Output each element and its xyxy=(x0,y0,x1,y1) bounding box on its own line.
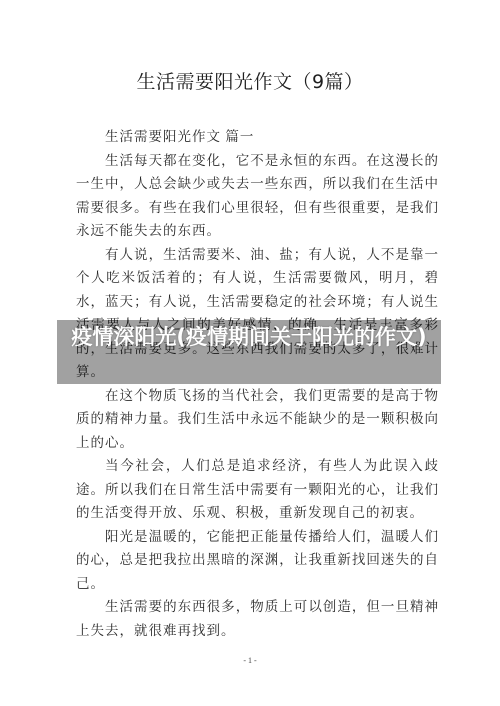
banner-title[interactable]: 疫情深阳光(疫情期间关于阳光的作文) xyxy=(57,320,441,351)
text-line: 一生中，人总会缺少或失去一些东西，所以我们在生活中 xyxy=(76,172,439,196)
text-line: 己。 xyxy=(76,572,439,596)
paragraph-1: 生活每天都在变化，它不是永恒的东西。在这漫长的 一生中，人总会缺少或失去一些东西… xyxy=(76,149,439,243)
text-line: 永远不能失去的东西。 xyxy=(76,219,439,243)
text-line: 上失去，就很难再找到。 xyxy=(76,619,439,643)
text-line: 需要很多。有些在我们心里很轻，但有些很重要，是我们 xyxy=(76,196,439,220)
text-line: 质的精神力量。我们生活中永远不能缺少的是一颗积极向 xyxy=(76,407,439,431)
title-overlay-banner[interactable]: 疫情深阳光(疫情期间关于阳光的作文) xyxy=(57,320,441,384)
text-line: 的心，总是把我拉出黑暗的深渊，让我重新找回迷失的自 xyxy=(76,548,439,572)
text-line: 有人说，生活需要米、油、盐；有人说，人不是靠一 xyxy=(76,243,439,267)
document-page: 生活需要阳光作文（9篇） 生活需要阳光作文 篇一 生活每天都在变化，它不是永恒的… xyxy=(0,0,500,706)
page-number: - 1 - xyxy=(0,655,500,667)
text-line: 个人吃米饭活着的；有人说，生活需要微风，明月，碧 xyxy=(76,266,439,290)
text-line: 阳光是温暖的，它能把正能量传播给人们，温暖人们 xyxy=(76,525,439,549)
text-line: 生活需要的东西很多，物质上可以创造，但一旦精神 xyxy=(76,595,439,619)
text-line: 当今社会，人们总是追求经济，有些人为此误入歧 xyxy=(76,454,439,478)
section-heading: 生活需要阳光作文 篇一 xyxy=(76,125,439,149)
document-title: 生活需要阳光作文（9篇） xyxy=(0,71,500,93)
paragraph-4: 当今社会，人们总是追求经济，有些人为此误入歧 途。所以我们在日常生活中需要有一颗… xyxy=(76,454,439,525)
paragraph-6: 生活需要的东西很多，物质上可以创造，但一旦精神 上失去，就很难再找到。 xyxy=(76,595,439,642)
text-line: 途。所以我们在日常生活中需要有一颗阳光的心，让我们 xyxy=(76,478,439,502)
paragraph-5: 阳光是温暖的，它能把正能量传播给人们，温暖人们 的心，总是把我拉出黑暗的深渊，让… xyxy=(76,525,439,596)
paragraph-3: 在这个物质飞扬的当代社会，我们更需要的是高于物 质的精神力量。我们生活中永远不能… xyxy=(76,384,439,455)
text-line: 生活每天都在变化，它不是永恒的东西。在这漫长的 xyxy=(76,149,439,173)
text-line: 在这个物质飞扬的当代社会，我们更需要的是高于物 xyxy=(76,384,439,408)
text-line: 的生活变得开放、乐观、积极，重新发现自己的初衷。 xyxy=(76,501,439,525)
text-line: 上的心。 xyxy=(76,431,439,455)
text-line: 水，蓝天；有人说，生活需要稳定的社会环境；有人说生 xyxy=(76,290,439,314)
